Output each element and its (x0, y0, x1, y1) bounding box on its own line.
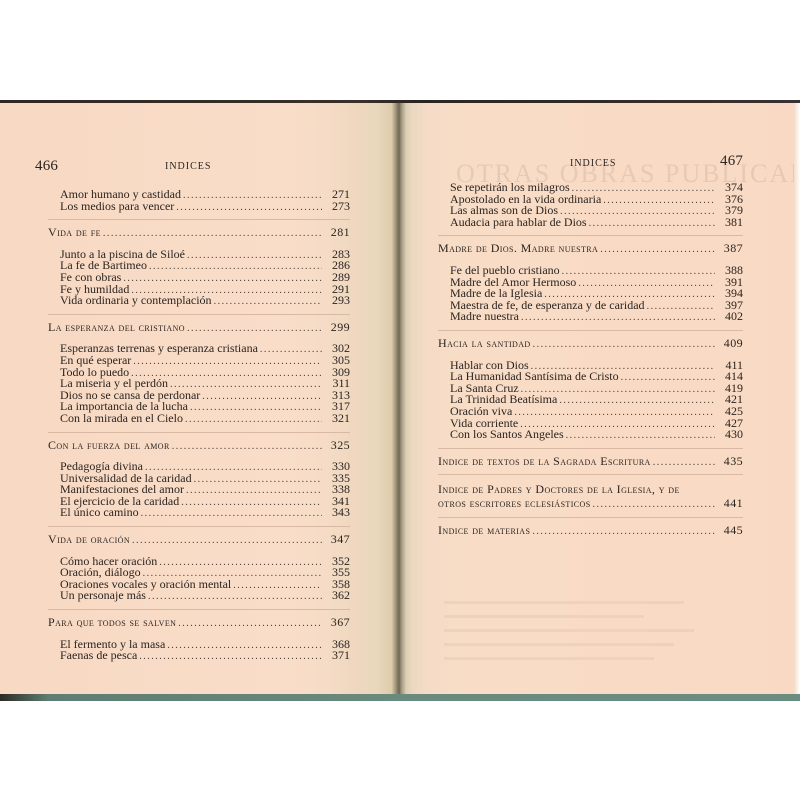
toc-section[interactable]: Para que todos se salven367 (48, 617, 350, 629)
toc-section[interactable]: Vida de oración347 (48, 534, 350, 546)
right-running-head: INDICES (570, 158, 616, 169)
toc-section[interactable]: Indice de materias445 (438, 525, 743, 537)
book-spine-gutter (392, 103, 406, 695)
bleed-through-line (444, 657, 654, 660)
bleed-through-line (456, 576, 459, 586)
toc-entry[interactable]: Los medios para vencer273 (48, 201, 350, 213)
page-right-edge (794, 103, 800, 695)
bleed-through-line (444, 643, 674, 646)
bleed-through-line (444, 629, 694, 632)
right-toc: Se repetirán los milagros374 Apostolado … (438, 182, 743, 537)
toc-entry[interactable]: Faenas de pesca371 (48, 650, 350, 662)
toc-entry[interactable]: Con la mirada en el Cielo321 (48, 413, 350, 425)
toc-section[interactable]: Hacia la santidad409 (438, 338, 743, 350)
toc-entry[interactable]: Vida ordinaria y contemplación293 (48, 295, 350, 307)
toc-section[interactable]: Indice de textos de la Sagrada Escritura… (438, 456, 743, 468)
bleed-through-line (444, 601, 684, 604)
toc-entry[interactable]: Audacia para hablar de Dios381 (438, 217, 743, 229)
toc-entry[interactable]: Un personaje más362 (48, 590, 350, 602)
toc-section[interactable]: La esperanza del cristiano299 (48, 322, 350, 334)
right-page: OTRAS OBRAS PUBLICADAS POR ESTA EDITORIA… (396, 103, 800, 695)
left-page-number: 466 (35, 158, 58, 175)
toc-section[interactable]: Vida de fe281 (48, 227, 350, 239)
book-cover-edge (0, 694, 800, 701)
toc-section[interactable]: Madre de Dios. Madre nuestra387 (438, 243, 743, 255)
toc-entry[interactable]: Madre nuestra402 (438, 311, 743, 323)
toc-section-multiline[interactable]: Indice de Padres y Doctores de la Iglesi… (438, 482, 743, 510)
toc-section[interactable]: Con la fuerza del amor325 (48, 440, 350, 452)
left-toc: Amor humano y castidad271 Los medios par… (48, 189, 350, 662)
bleed-through-line (444, 615, 644, 618)
toc-entry[interactable]: El único camino343 (48, 507, 350, 519)
right-page-number: 467 (720, 153, 743, 170)
left-page: 466 INDICES Amor humano y castidad271 Lo… (0, 103, 396, 695)
toc-entry[interactable]: Con los Santos Angeles430 (438, 429, 743, 441)
left-running-head: INDICES (165, 161, 211, 172)
open-book: 466 INDICES Amor humano y castidad271 Lo… (0, 100, 800, 701)
